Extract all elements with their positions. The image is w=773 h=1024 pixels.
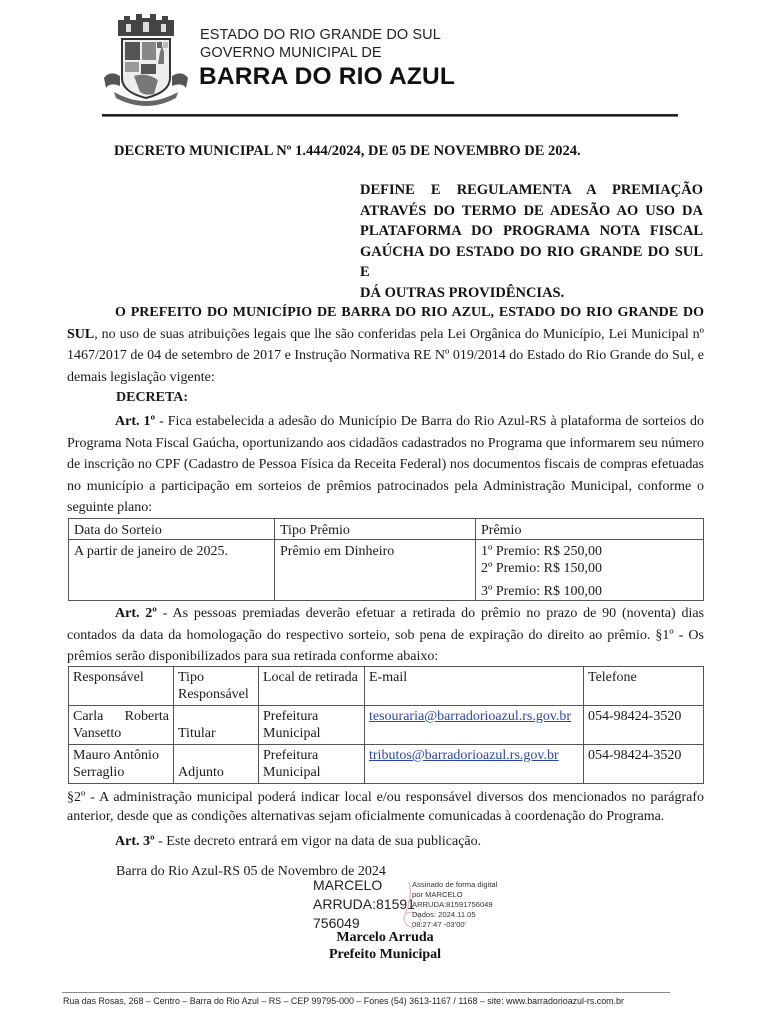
- table-row: A partir de janeiro de 2025. Prêmio em D…: [69, 540, 704, 601]
- contacts-table: Responsável Tipo Responsável Local de re…: [68, 666, 704, 784]
- prize-type: Prêmio em Dinheiro: [275, 540, 476, 601]
- signer-block: Marcelo Arruda Prefeito Municipal: [300, 929, 470, 963]
- email-cell: tesouraria@barradorioazul.rs.gov.br: [365, 706, 584, 745]
- article-3-text: - Este decreto entrará em vigor na data …: [155, 834, 482, 849]
- phone: 054-98424-3520: [584, 745, 704, 784]
- table-header-row: Data do Sorteio Tipo Prêmio Prêmio: [69, 519, 704, 540]
- decreta-heading: DECRETA:: [116, 390, 188, 406]
- paragraph-2: §2º - A administração municipal poderá i…: [67, 788, 704, 826]
- signature-meta-line: Assinado de forma digital: [412, 880, 497, 890]
- footer-address: Rua das Rosas, 268 – Centro – Barra do R…: [63, 996, 624, 1006]
- coat-of-arms-icon: [96, 6, 196, 106]
- responsible-role: Titular: [174, 706, 259, 745]
- article-1-text: - Fica estabelecida a adesão do Municípi…: [67, 414, 704, 515]
- pickup-place: Prefeitura Municipal: [259, 706, 365, 745]
- table-header-cell: Tipo Responsável: [174, 667, 259, 706]
- ementa-line: PLATAFORMA DO PROGRAMA NOTA FISCAL: [360, 221, 703, 242]
- header-government: GOVERNO MUNICIPAL DE: [200, 45, 382, 61]
- article-2-label: Art. 2º: [115, 606, 157, 621]
- responsible-name: Carla Roberta Vansetto: [69, 706, 174, 745]
- table-header-cell: Responsável: [69, 667, 174, 706]
- pickup-place: Prefeitura Municipal: [259, 745, 365, 784]
- signature-meta-line: por MARCELO: [412, 890, 497, 900]
- footer-divider: [62, 992, 670, 993]
- decree-ementa: DEFINE E REGULAMENTA A PREMIAÇÃO ATRAVÉS…: [360, 180, 703, 303]
- table-header-cell: Tipo Prêmio: [275, 519, 476, 540]
- prize-item: 3º Premio: R$ 100,00: [481, 583, 698, 600]
- header-divider: [102, 114, 678, 117]
- article-1-label: Art. 1º: [115, 414, 155, 429]
- preamble-text: , no uso de suas atribuições legais que …: [67, 327, 704, 385]
- email-link[interactable]: tesouraria@barradorioazul.rs.gov.br: [369, 709, 571, 724]
- responsible-role: Adjunto: [174, 745, 259, 784]
- header-city: BARRA DO RIO AZUL: [199, 63, 455, 91]
- prize-item: 2º Premio: R$ 150,00: [481, 560, 698, 577]
- ementa-line: ATRAVÉS DO TERMO DE ADESÃO AO USO DA: [360, 201, 703, 222]
- ementa-line: DÁ OUTRAS PROVIDÊNCIAS.: [360, 283, 703, 304]
- article-2: Art. 2º - As pessoas premiadas deverão e…: [67, 603, 704, 668]
- digital-signature-meta: Assinado de forma digital por MARCELO AR…: [412, 880, 497, 930]
- prize-table: Data do Sorteio Tipo Prêmio Prêmio A par…: [68, 518, 704, 601]
- phone: 054-98424-3520: [584, 706, 704, 745]
- signer-title: Prefeito Municipal: [300, 946, 470, 963]
- table-header-row: Responsável Tipo Responsável Local de re…: [69, 667, 704, 706]
- signer-name: Marcelo Arruda: [300, 929, 470, 946]
- draw-date: A partir de janeiro de 2025.: [69, 540, 275, 601]
- article-1: Art. 1º - Fica estabelecida a adesão do …: [67, 411, 704, 519]
- email-cell: tributos@barradorioazul.rs.gov.br: [365, 745, 584, 784]
- email-link[interactable]: tributos@barradorioazul.rs.gov.br: [369, 748, 559, 763]
- header-state: ESTADO DO RIO GRANDE DO SUL: [200, 27, 441, 43]
- table-row: Mauro Antônio Serraglio Adjunto Prefeitu…: [69, 745, 704, 784]
- prize-list: 1º Premio: R$ 250,00 2º Premio: R$ 150,0…: [476, 540, 704, 601]
- preamble-paragraph: O PREFEITO DO MUNICÍPIO DE BARRA DO RIO …: [67, 302, 704, 388]
- signature-meta-line: Dados: 2024.11.05: [412, 910, 497, 920]
- article-3: Art. 3º - Este decreto entrará em vigor …: [67, 831, 704, 853]
- table-row: Carla Roberta Vansetto Titular Prefeitur…: [69, 706, 704, 745]
- article-3-label: Art. 3º: [115, 834, 155, 849]
- table-header-cell: Data do Sorteio: [69, 519, 275, 540]
- table-header-cell: E-mail: [365, 667, 584, 706]
- responsible-name: Mauro Antônio Serraglio: [69, 745, 174, 784]
- ementa-line: DEFINE E REGULAMENTA A PREMIAÇÃO: [360, 180, 703, 201]
- ementa-line: GAÚCHA DO ESTADO DO RIO GRANDE DO SUL E: [360, 242, 703, 283]
- prize-item: 1º Premio: R$ 250,00: [481, 543, 698, 560]
- table-header-cell: Prêmio: [476, 519, 704, 540]
- table-header-cell: Local de retirada: [259, 667, 365, 706]
- decree-title: DECRETO MUNICIPAL Nº 1.444/2024, DE 05 D…: [114, 143, 581, 160]
- article-2-text: - As pessoas premiadas deverão efetuar a…: [67, 606, 704, 664]
- signature-meta-line: ARRUDA:81591756049: [412, 900, 497, 910]
- table-header-cell: Telefone: [584, 667, 704, 706]
